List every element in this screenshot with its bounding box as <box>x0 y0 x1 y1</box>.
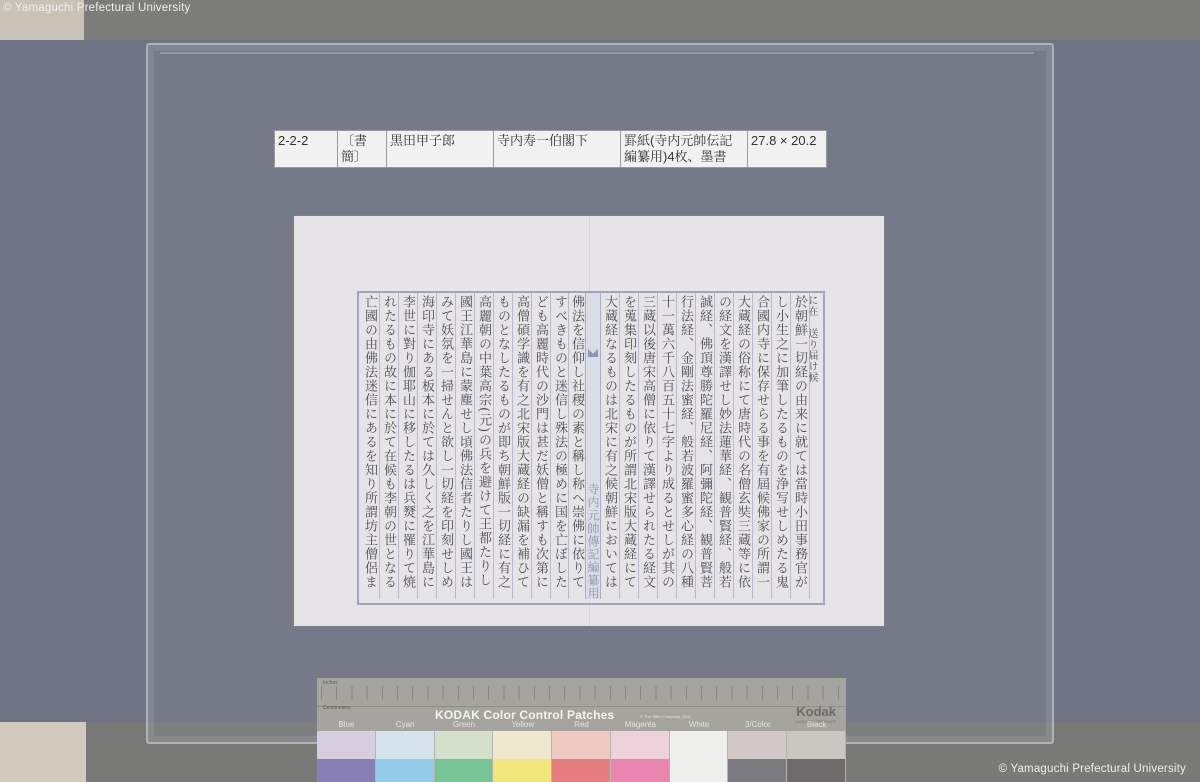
catalog-label: 2-2-2 〔書簡〕 黒田甲子郎 寺内寿一伯閣下 罫紙(寺内元帥伝記編纂用)4枚… <box>274 130 827 168</box>
text-column: 李世に對り伽耶山に移したるは兵燹に罹りて焼失するを恐 <box>399 295 416 601</box>
text-column: し小生之に加筆したるものを浄写せしめたる鬼海寺に伺ふ故 <box>772 295 789 601</box>
patch-green <box>435 731 494 782</box>
patch-white <box>670 731 729 782</box>
text-column: 佛法を信仰し社稷の素と稱し称へ崇佛に依りて船体を接換 <box>568 295 585 601</box>
text-column: れたるもの故に本に於て在候も李朝の世となるに及び斥佛 <box>380 295 397 601</box>
label-sender: 黒田甲子郎 <box>387 131 494 168</box>
text-column: 高麗朝の中葉高宗(元)の兵を避けて王都たりし開城を放棄し <box>475 295 492 601</box>
text-column: の経文を漢譯せし妙法蓮華経、観普賢経、般若波羅蜜 <box>715 295 732 601</box>
text-column: に在 送り届け候 <box>803 295 820 601</box>
chart-copyright: © The Tiffen Company, 2000 <box>640 714 691 719</box>
text-column: 亡國の由佛法迷信にあるを知り所謂坊主僧侶まで廃止の例 <box>361 295 378 601</box>
label-recipient: 寺内寿一伯閣下 <box>494 131 621 168</box>
text-column: 大蔵経の俗称にて唐時代の名僧玄奘三蔵等に依りて梵字 <box>734 295 751 601</box>
text-column: 高僧碩学識を有之北宋版大蔵経の缺漏を補ひて完全の <box>513 295 530 601</box>
label-id: 2-2-2 <box>275 131 338 168</box>
patch-cyan <box>376 731 435 782</box>
letter-sheet: 亡國の由佛法迷信にあるを知り所謂坊主僧侶まで廃止の例 れたるもの故に本に於て在候… <box>294 216 884 626</box>
copyright-watermark-bottom-right: © Yamaguchi Prefectural University <box>999 763 1186 775</box>
text-column: 十一萬六千八百五十七字より成るとせしが其の浩瀚に有之候支嘆 <box>658 295 675 601</box>
label-size: 27.8 × 20.2 <box>748 131 827 168</box>
text-column: を蒐集印刻したるものが所謂北宋版大蔵経にて日本に傳はりたる <box>620 295 637 601</box>
patch-3color <box>728 731 787 782</box>
text-column: 三蔵以後唐宋高僧に依りて漢譯せられたる経文亦多く之 <box>639 295 656 601</box>
ruler-cm-label: Centimeters <box>323 705 350 711</box>
patch-magenta <box>611 731 670 782</box>
text-column: ども高麗時代の沙門は甚だ妖僧と稱すも次第には其の称は <box>532 295 549 601</box>
text-column: 合國内寺に保存せらる事を有屆候佛家の所謂一切経とは <box>753 295 770 601</box>
text-column: みて妖氛を一掃せんと欲し一切経を印刻せしめたるものが今の伽耶山 <box>437 295 454 601</box>
patch-black <box>787 731 846 782</box>
patch-blue <box>317 731 376 782</box>
sleeve-inner-edge <box>160 52 1034 54</box>
text-column: すべきものと迷信し殊法の極めに国を亡ぼしたる譯は有之候然も <box>551 295 568 601</box>
ruler-cm-ticks <box>321 694 842 700</box>
label-type: 〔書簡〕 <box>338 131 387 168</box>
kodak-logo: Kodak <box>796 704 836 719</box>
left-paper-edge-bottom <box>0 722 86 782</box>
color-patches <box>317 731 846 782</box>
text-column: 誠経、佛頂尊勝陀羅尼経、阿彌陀経、観普賢菩薩 <box>696 295 713 601</box>
stationery-title: 寺内元帥傳記編纂用 <box>586 483 600 600</box>
label-material: 罫紙(寺内元帥伝記編纂用)4枚、墨書 <box>621 131 748 168</box>
copyright-watermark-top-left: © Yamaguchi Prefectural University <box>3 2 190 14</box>
patch-yellow <box>493 731 552 782</box>
ruled-frame: 亡國の由佛法迷信にあるを知り所謂坊主僧侶まで廃止の例 れたるもの故に本に於て在候… <box>357 291 825 605</box>
ruler: Inches Centimeters <box>317 678 846 707</box>
text-column: 大蔵経なるものは北宋に有之候朝鮮においては高麗朝者に <box>601 295 618 601</box>
kodak-color-control-strip: Inches Centimeters KODAK Color Control P… <box>317 678 846 782</box>
patch-red <box>552 731 611 782</box>
text-column: 國王江華島に蒙塵せし頃佛法信者たりし國王は佛力を頼 <box>456 295 473 601</box>
text-column: ものとなしたるものが即ち朝鮮版一切経に有之候様に心得居候 <box>494 295 511 601</box>
text-column: 行法経、金剛法蜜経、般若波羅蜜多心経の八種十二部 <box>677 295 694 601</box>
text-column: 海印寺にある板本に於ては久しく之を江華島に所蔵せしも <box>418 295 435 601</box>
